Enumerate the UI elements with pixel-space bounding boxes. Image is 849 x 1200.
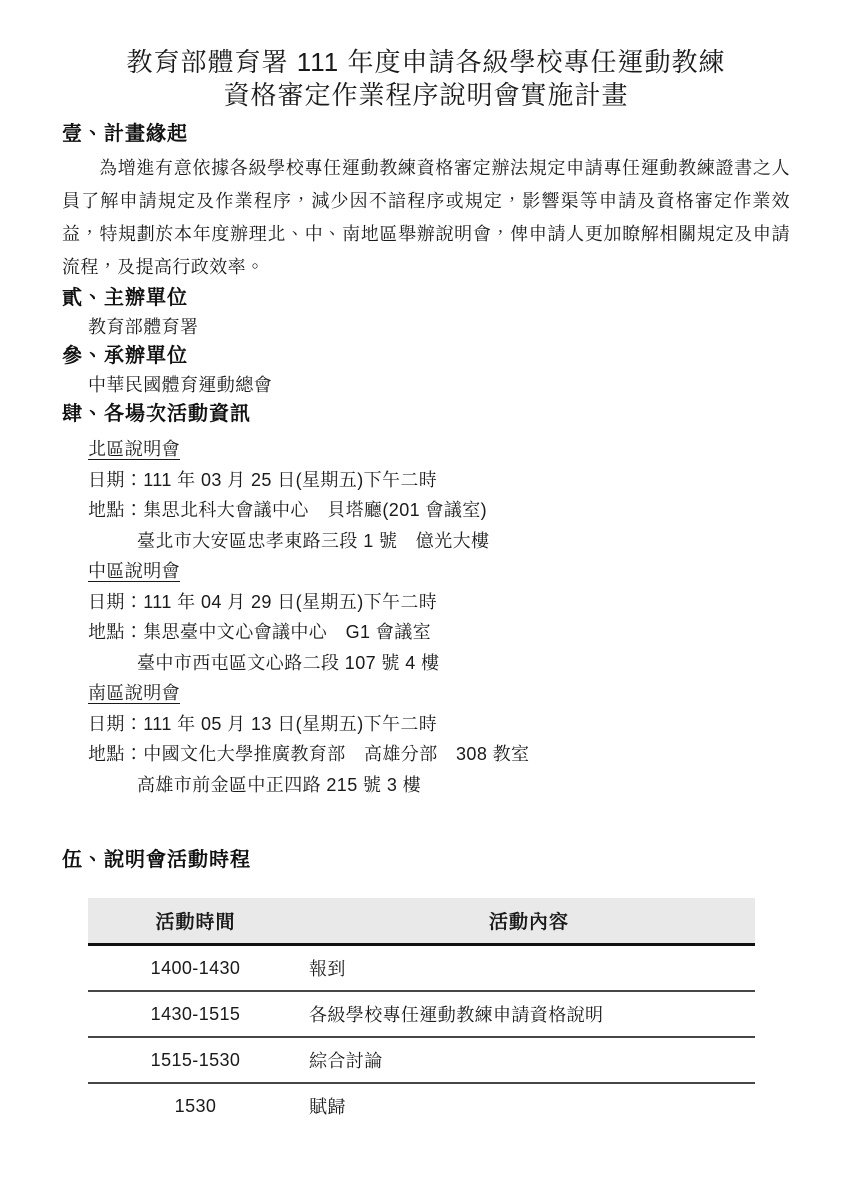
section-heading-organizer: 貳、主辦單位: [62, 284, 790, 312]
section-heading-co-organizer: 參、承辦單位: [62, 342, 790, 370]
schedule-content-cell: 賦歸: [303, 1083, 755, 1128]
schedule-time-cell: 1400-1430: [88, 945, 303, 992]
event-south-address: 高雄市前金區中正四路 215 號 3 樓: [88, 770, 790, 801]
section-co-organizer: 參、承辦單位 中華民國體育運動總會: [62, 342, 790, 400]
section-heading-schedule: 伍、說明會活動時程: [62, 846, 790, 874]
events-list: 北區說明會 日期：111 年 03 月 25 日(星期五)下午二時 地點：集思北…: [88, 434, 790, 800]
document-title: 教育部體育署 111 年度申請各級學校專任運動教練 資格審定作業程序說明會實施計…: [62, 46, 790, 112]
schedule-row: 1530 賦歸: [88, 1083, 755, 1128]
schedule-table: 活動時間 活動內容 1400-1430 報到 1430-1515 各級學校專任運…: [88, 898, 755, 1128]
event-central-address: 臺中市西屯區文心路二段 107 號 4 樓: [88, 648, 790, 679]
event-south-region-label: 南區說明會: [88, 683, 180, 703]
schedule-row: 1400-1430 報到: [88, 945, 755, 992]
section-organizer: 貳、主辦單位 教育部體育署: [62, 284, 790, 342]
event-north: 北區說明會 日期：111 年 03 月 25 日(星期五)下午二時 地點：集思北…: [88, 434, 790, 556]
document-title-line2: 資格審定作業程序說明會實施計畫: [62, 79, 790, 112]
event-south-venue: 地點：中國文化大學推廣教育部 高雄分部 308 教室: [88, 739, 790, 770]
schedule-content-cell: 報到: [303, 945, 755, 992]
event-central: 中區說明會 日期：111 年 04 月 29 日(星期五)下午二時 地點：集思臺…: [88, 556, 790, 678]
document-page: 教育部體育署 111 年度申請各級學校專任運動教練 資格審定作業程序說明會實施計…: [0, 0, 849, 1200]
event-north-region-label: 北區說明會: [88, 439, 180, 459]
section-events: 肆、各場次活動資訊 北區說明會 日期：111 年 03 月 25 日(星期五)下…: [62, 400, 790, 800]
event-north-address: 臺北市大安區忠孝東路三段 1 號 億光大樓: [88, 526, 790, 557]
event-north-venue: 地點：集思北科大會議中心 貝塔廳(201 會議室): [88, 495, 790, 526]
event-central-region-label: 中區說明會: [88, 561, 180, 581]
plan-origin-paragraph: 為增進有意依據各級學校專任運動教練資格審定辦法規定申請專任運動教練證書之人員了解…: [62, 152, 790, 284]
schedule-col-content-header: 活動內容: [303, 898, 755, 945]
schedule-row: 1515-1530 綜合討論: [88, 1037, 755, 1083]
schedule-table-body: 1400-1430 報到 1430-1515 各級學校專任運動教練申請資格說明 …: [88, 945, 755, 1129]
schedule-time-cell: 1530: [88, 1083, 303, 1128]
section-plan-origin: 壹、計畫緣起 為增進有意依據各級學校專任運動教練資格審定辦法規定申請專任運動教練…: [62, 120, 790, 284]
schedule-col-time-header: 活動時間: [88, 898, 303, 945]
event-north-date: 日期：111 年 03 月 25 日(星期五)下午二時: [88, 465, 790, 496]
document-title-line1: 教育部體育署 111 年度申請各級學校專任運動教練: [62, 46, 790, 79]
event-south-region: 南區說明會: [88, 678, 790, 709]
schedule-time-cell: 1430-1515: [88, 991, 303, 1037]
event-central-venue: 地點：集思臺中文心會議中心 G1 會議室: [88, 617, 790, 648]
organizer-name: 教育部體育署: [88, 312, 790, 342]
event-north-region: 北區說明會: [88, 434, 790, 465]
event-south-date: 日期：111 年 05 月 13 日(星期五)下午二時: [88, 709, 790, 740]
schedule-header-row: 活動時間 活動內容: [88, 898, 755, 945]
section-heading-plan-origin: 壹、計畫緣起: [62, 120, 790, 148]
co-organizer-name: 中華民國體育運動總會: [88, 370, 790, 400]
event-central-region: 中區說明會: [88, 556, 790, 587]
event-central-date: 日期：111 年 04 月 29 日(星期五)下午二時: [88, 587, 790, 618]
schedule-time-cell: 1515-1530: [88, 1037, 303, 1083]
schedule-table-head: 活動時間 活動內容: [88, 898, 755, 945]
schedule-row: 1430-1515 各級學校專任運動教練申請資格說明: [88, 991, 755, 1037]
section-schedule: 伍、說明會活動時程 活動時間 活動內容 1400-1430 報到 1430-15…: [62, 846, 790, 1128]
section-heading-events: 肆、各場次活動資訊: [62, 400, 790, 428]
schedule-content-cell: 綜合討論: [303, 1037, 755, 1083]
schedule-content-cell: 各級學校專任運動教練申請資格說明: [303, 991, 755, 1037]
event-south: 南區說明會 日期：111 年 05 月 13 日(星期五)下午二時 地點：中國文…: [88, 678, 790, 800]
